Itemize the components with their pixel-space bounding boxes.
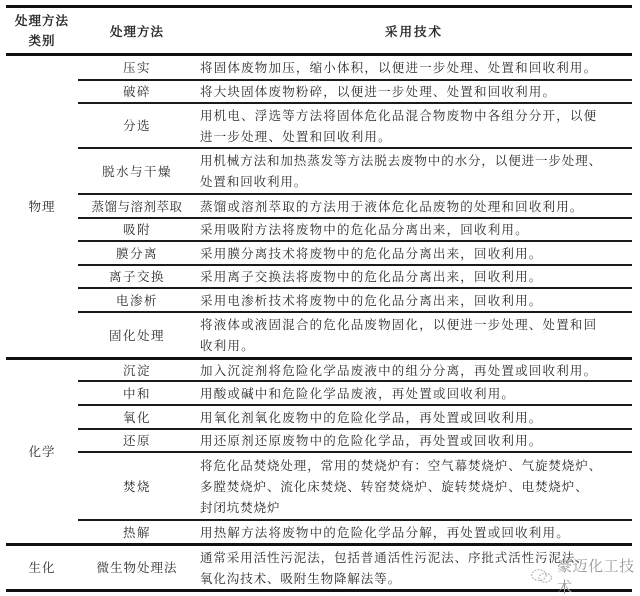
technique-reduction: 用还原剂还原废物中的危险化学品，再处置或回收利用。 — [196, 430, 632, 451]
technique-line: 采用膜分离技术将废物中的危化品分离出来，回收利用。 — [200, 242, 543, 265]
technique-line: 氧化沟技术、吸附生物降解法等。 — [200, 568, 401, 589]
technique-line: 采用电渗析技术将废物中的危化品分离出来，回收利用。 — [200, 289, 543, 312]
technique-line: 将危化品焚烧处理，常用的焚烧炉有：空气幕焚烧炉、气旋焚烧炉、 — [200, 455, 602, 476]
header-category-line2: 类别 — [28, 31, 55, 51]
technique-line: 封闭坑焚烧炉 — [200, 497, 280, 518]
technique-line: 用机电、浮选等方法将固体危化品混合物废物中各组分分开，以便 — [200, 105, 597, 126]
technique-oxidation: 用氧化剂氧化废物中的危险化学品，再处置或回收利用。 — [196, 406, 632, 428]
technique-line: 进一步处理、处置和回收利用。 — [200, 126, 392, 147]
method-reduction: 还原 — [78, 430, 196, 451]
technique-line: 用还原剂还原废物中的危险化学品，再处置或回收利用。 — [200, 429, 543, 452]
technique-solidification: 将液体或液固混合的危化品废物固化，以便进一步处理、处置和回 收利用。 — [196, 313, 632, 357]
method-pyrolysis: 热解 — [78, 521, 196, 543]
technique-compaction: 将固体废物加压，缩小体积，以便进一步处理、处置和回收利用。 — [196, 56, 632, 79]
technique-line: 蒸馏或溶剂萃取的方法用于液体危化品废物的处理和回收利用。 — [200, 195, 584, 218]
header-method: 处理方法 — [78, 9, 196, 53]
method-membrane-separation: 膜分离 — [78, 242, 196, 264]
technique-dewatering-drying: 用机械方法和加热蒸发等方法脱去废物中的水分，以便进一步处理、 处置和回收利用。 — [196, 149, 632, 193]
method-crushing: 破碎 — [78, 81, 196, 102]
method-ion-exchange: 离子交换 — [78, 266, 196, 287]
method-oxidation: 氧化 — [78, 406, 196, 428]
technique-neutralization: 用酸或碱中和危险化学品废液，再处置或回收利用。 — [196, 382, 632, 404]
technique-membrane-separation: 采用膜分离技术将废物中的危化品分离出来，回收利用。 — [196, 242, 632, 264]
technique-distillation-extraction: 蒸馏或溶剂萃取的方法用于液体危化品废物的处理和回收利用。 — [196, 195, 632, 217]
technique-line: 将固体废物加压，缩小体积，以便进一步处理、处置和回收利用。 — [200, 56, 597, 79]
technique-sorting: 用机电、浮选等方法将固体危化品混合物废物中各组分分开，以便 进一步处理、处置和回… — [196, 104, 632, 147]
category-chemical: 化学 — [6, 360, 78, 543]
technique-electrodialysis: 采用电渗析技术将废物中的危化品分离出来，回收利用。 — [196, 289, 632, 311]
technique-line: 将液体或液固混合的危化品废物固化，以便进一步处理、处置和回 — [200, 314, 597, 335]
header-category-line1: 处理方法 — [15, 11, 69, 31]
technique-line: 采用吸附方法将废物中的危化品分离出来，回收利用。 — [200, 218, 529, 241]
method-solidification: 固化处理 — [78, 313, 196, 357]
method-neutralization: 中和 — [78, 382, 196, 404]
technique-line: 收利用。 — [200, 335, 255, 356]
technique-line: 加入沉淀剂将危险化学品废液中的组分分离，再处置或回收利用。 — [200, 359, 597, 382]
watermark-text: 豪迈化工技术 — [557, 555, 640, 596]
watermark: 豪迈化工技术 — [530, 555, 640, 596]
technique-adsorption: 采用吸附方法将废物中的危化品分离出来，回收利用。 — [196, 219, 632, 240]
method-microbial-treatment: 微生物处理法 — [78, 546, 196, 589]
wechat-icon — [530, 567, 553, 585]
category-biochemical: 生化 — [6, 546, 78, 589]
category-physical: 物理 — [6, 56, 78, 357]
header-technique: 采用技术 — [196, 9, 632, 53]
method-precipitation: 沉淀 — [78, 360, 196, 380]
technique-pyrolysis: 用热解方法将废物中的危险化学品分解，再处置或回收利用。 — [196, 521, 632, 543]
technique-crushing: 将大块固体废物粉碎，以便进一步处理、处置和回收利用。 — [196, 81, 632, 102]
method-dewatering-drying: 脱水与干燥 — [78, 149, 196, 193]
method-incineration: 焚烧 — [78, 453, 196, 519]
technique-line: 用机械方法和加热蒸发等方法脱去废物中的水分，以便进一步处理、 — [200, 150, 602, 171]
technique-line: 处置和回收利用。 — [200, 171, 307, 192]
method-electrodialysis: 电渗析 — [78, 289, 196, 311]
method-adsorption: 吸附 — [78, 219, 196, 240]
table-top-rule — [6, 5, 632, 8]
technique-line: 多膛焚烧炉、流化床焚烧、转窑焚烧炉、旋转焚烧炉、电焚烧炉、 — [200, 476, 589, 497]
header-category: 处理方法 类别 — [6, 9, 78, 53]
technique-line: 将大块固体废物粉碎，以便进一步处理、处置和回收利用。 — [200, 80, 556, 103]
technique-ion-exchange: 采用离子交换法将废物中的危化品分离出来，回收利用。 — [196, 266, 632, 287]
technique-line: 用酸或碱中和危险化学品废液，再处置或回收利用。 — [200, 382, 515, 405]
method-sorting: 分选 — [78, 104, 196, 147]
technique-line: 采用离子交换法将废物中的危化品分离出来，回收利用。 — [200, 265, 543, 288]
method-distillation-extraction: 蒸馏与溶剂萃取 — [78, 195, 196, 217]
technique-incineration: 将危化品焚烧处理，常用的焚烧炉有：空气幕焚烧炉、气旋焚烧炉、 多膛焚烧炉、流化床… — [196, 453, 632, 519]
technique-line: 用氧化剂氧化废物中的危险化学品，再处置或回收利用。 — [200, 406, 543, 429]
technique-line: 用热解方法将废物中的危险化学品分解，再处置或回收利用。 — [200, 521, 570, 544]
method-compaction: 压实 — [78, 56, 196, 79]
technique-precipitation: 加入沉淀剂将危险化学品废液中的组分分离，再处置或回收利用。 — [196, 360, 632, 380]
